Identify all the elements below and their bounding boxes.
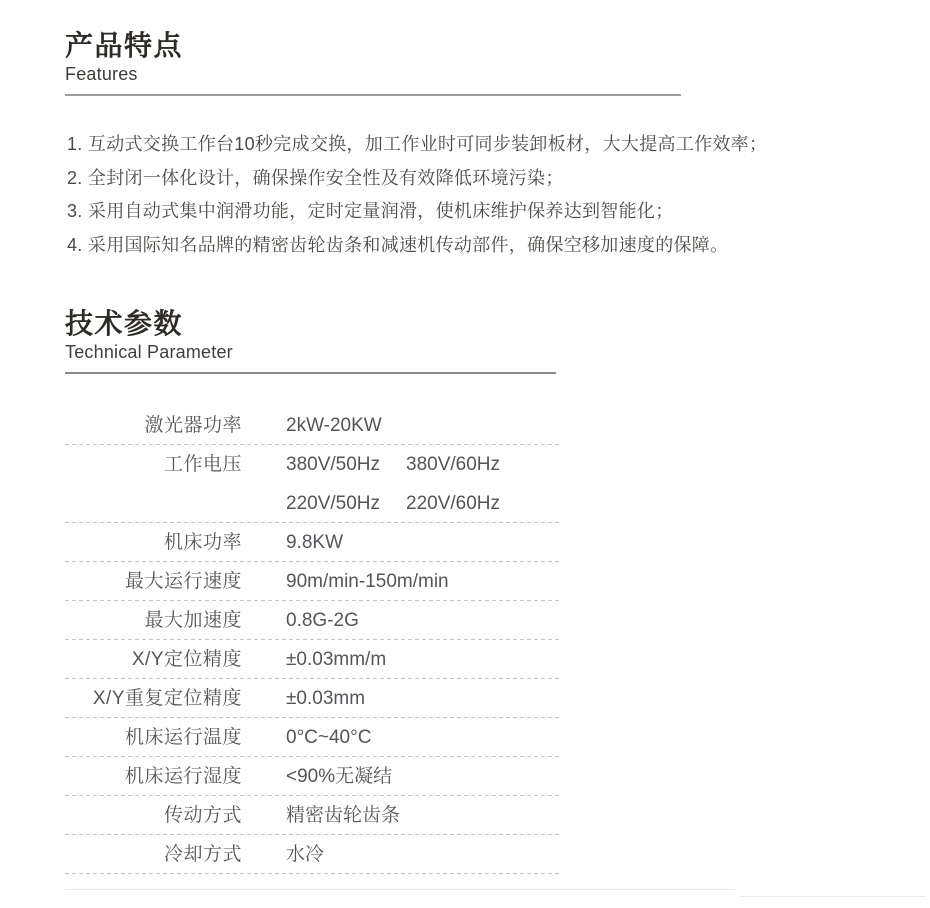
feature-item: 3. 采用自动式集中润滑功能，定时定量润滑，使机床维护保养达到智能化； xyxy=(67,195,887,229)
param-label: 传动方式 xyxy=(65,796,242,835)
param-value: 水冷 xyxy=(242,835,324,874)
param-value-line: 2kW-20KW xyxy=(286,406,382,445)
param-label: 最大加速度 xyxy=(65,601,242,640)
param-value-text: 精密齿轮齿条 xyxy=(286,796,400,835)
param-value: 0°C~40°C xyxy=(242,718,371,757)
param-value-line: ±0.03mm/m xyxy=(286,640,386,679)
table-row: 冷却方式 水冷 xyxy=(65,835,560,874)
technical-title: 技术参数 xyxy=(65,308,556,340)
param-label: 机床运行温度 xyxy=(65,718,242,757)
param-value-line: <90%无凝结 xyxy=(286,757,392,796)
param-value-text: 220V/60Hz xyxy=(406,484,500,523)
param-value-text: 2kW-20KW xyxy=(286,406,382,445)
feature-list: 1. 互动式交换工作台10秒完成交换，加工作业时可同步装卸板材，大大提高工作效率… xyxy=(67,128,887,262)
param-label: 工作电压 xyxy=(65,445,242,484)
table-row: 最大运行速度 90m/min-150m/min xyxy=(65,562,560,601)
param-value: 9.8KW xyxy=(242,523,343,562)
param-value-text: 380V/50Hz xyxy=(286,445,380,484)
param-value: 90m/min-150m/min xyxy=(242,562,449,601)
table-row: 传动方式 精密齿轮齿条 xyxy=(65,796,560,835)
param-value-text: 9.8KW xyxy=(286,523,343,562)
param-value-text: 220V/50Hz xyxy=(286,484,380,523)
product-spec-page: 产品特点 Features 1. 互动式交换工作台10秒完成交换，加工作业时可同… xyxy=(0,0,930,908)
param-value-text: 0.8G-2G xyxy=(286,601,359,640)
param-value-text: 水冷 xyxy=(286,835,324,874)
param-value-line: 精密齿轮齿条 xyxy=(286,796,400,835)
param-value-line: 0.8G-2G xyxy=(286,601,359,640)
feature-item: 2. 全封闭一体化设计，确保操作安全性及有效降低环境污染； xyxy=(67,162,887,196)
param-value-line: 0°C~40°C xyxy=(286,718,371,757)
param-value-line: 水冷 xyxy=(286,835,324,874)
features-section-header: 产品特点 Features xyxy=(65,30,681,96)
param-value: 精密齿轮齿条 xyxy=(242,796,400,835)
param-label: 激光器功率 xyxy=(65,406,242,445)
param-value-line: 220V/50Hz220V/60Hz xyxy=(286,484,500,523)
feature-item: 1. 互动式交换工作台10秒完成交换，加工作业时可同步装卸板材，大大提高工作效率… xyxy=(67,128,887,162)
table-row: 机床运行湿度 <90%无凝结 xyxy=(65,757,560,796)
param-value-text: ±0.03mm/m xyxy=(286,640,386,679)
table-row: 激光器功率 2kW-20KW xyxy=(65,406,560,445)
table-row: X/Y重复定位精度 ±0.03mm xyxy=(65,679,560,718)
features-subtitle: Features xyxy=(65,64,681,85)
param-value-text: ±0.03mm xyxy=(286,679,365,718)
param-label: 最大运行速度 xyxy=(65,562,242,601)
param-value: ±0.03mm xyxy=(242,679,365,718)
table-row: X/Y定位精度 ±0.03mm/m xyxy=(65,640,560,679)
param-value-line: 9.8KW xyxy=(286,523,343,562)
param-value-text: 90m/min-150m/min xyxy=(286,562,449,601)
param-label: 机床功率 xyxy=(65,523,242,562)
feature-item: 4. 采用国际知名品牌的精密齿轮齿条和减速机传动部件，确保空移加速度的保障。 xyxy=(67,229,887,263)
param-value-text: <90%无凝结 xyxy=(286,757,392,796)
param-label: X/Y定位精度 xyxy=(65,640,242,679)
features-title: 产品特点 xyxy=(65,30,681,62)
table-row: 机床功率 9.8KW xyxy=(65,523,560,562)
param-value-line: ±0.03mm xyxy=(286,679,365,718)
table-row: 机床运行温度 0°C~40°C xyxy=(65,718,560,757)
param-value-line: 380V/50Hz380V/60Hz xyxy=(286,445,500,484)
param-label: 机床运行湿度 xyxy=(65,757,242,796)
technical-parameter-table: 激光器功率 2kW-20KW 工作电压 380V/50Hz380V/60Hz22… xyxy=(65,406,560,874)
param-value: <90%无凝结 xyxy=(242,757,392,796)
table-row: 最大加速度 0.8G-2G xyxy=(65,601,560,640)
param-value-text: 0°C~40°C xyxy=(286,718,371,757)
features-divider-line xyxy=(65,94,681,96)
technical-divider-line xyxy=(65,372,556,374)
param-label: 冷却方式 xyxy=(65,835,242,874)
param-value-line: 90m/min-150m/min xyxy=(286,562,449,601)
technical-section-header: 技术参数 Technical Parameter xyxy=(65,308,556,374)
param-value: ±0.03mm/m xyxy=(242,640,386,679)
param-value: 380V/50Hz380V/60Hz220V/50Hz220V/60Hz xyxy=(242,445,500,523)
table-row: 工作电压 380V/50Hz380V/60Hz220V/50Hz220V/60H… xyxy=(65,445,560,523)
page-artifact-line xyxy=(740,896,926,897)
page-artifact-line xyxy=(65,889,735,890)
param-value-text: 380V/60Hz xyxy=(406,445,500,484)
param-value: 0.8G-2G xyxy=(242,601,359,640)
param-label: X/Y重复定位精度 xyxy=(65,679,242,718)
param-value: 2kW-20KW xyxy=(242,406,382,445)
technical-subtitle: Technical Parameter xyxy=(65,342,556,363)
